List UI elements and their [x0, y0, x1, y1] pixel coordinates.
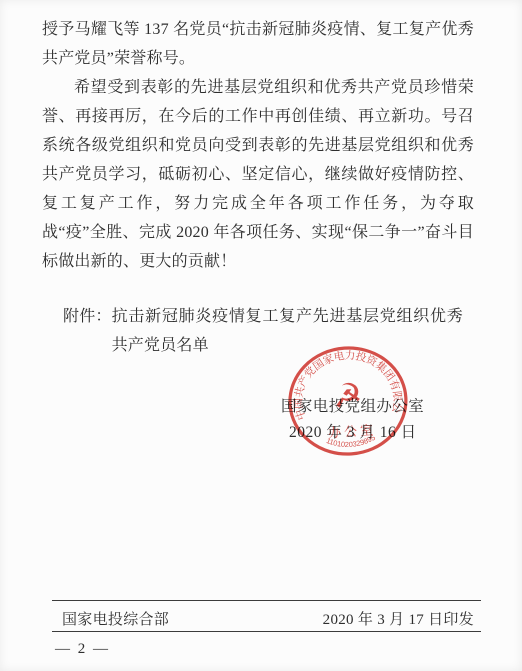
page-number: — 2 — — [55, 641, 110, 658]
party-emblem-icon: ☭ — [331, 376, 363, 415]
official-red-seal: 中国共产党国家电力投资集团有限公司 ☭ 办公室 1101020329895 — [282, 341, 414, 463]
paragraph-call-to-action: 希望受到表彰的先进基层党组织和优秀共产党员珍惜荣誉、再接再厉，在今后的工作中再创… — [42, 73, 474, 276]
document-body: 授予马耀飞等 137 名党员“抗击新冠肺炎疫情、复工复产优秀共产党员”荣誉称号。… — [42, 15, 474, 360]
footer-row: 国家电投综合部 2020 年 3 月 17 日印发 — [62, 608, 474, 629]
footer-rule-top — [52, 600, 481, 601]
attachment-label: 附件： — [63, 302, 112, 360]
footer-issuing-department: 国家电投综合部 — [62, 608, 169, 629]
paragraph-award: 授予马耀飞等 137 名党员“抗击新冠肺炎疫情、复工复产优秀共产党员”荣誉称号。 — [42, 15, 474, 73]
document-page: 授予马耀飞等 137 名党员“抗击新冠肺炎疫情、复工复产优秀共产党员”荣誉称号。… — [0, 0, 522, 671]
footer-rule-bottom — [52, 631, 481, 632]
footer-print-date: 2020 年 3 月 17 日印发 — [323, 608, 474, 629]
